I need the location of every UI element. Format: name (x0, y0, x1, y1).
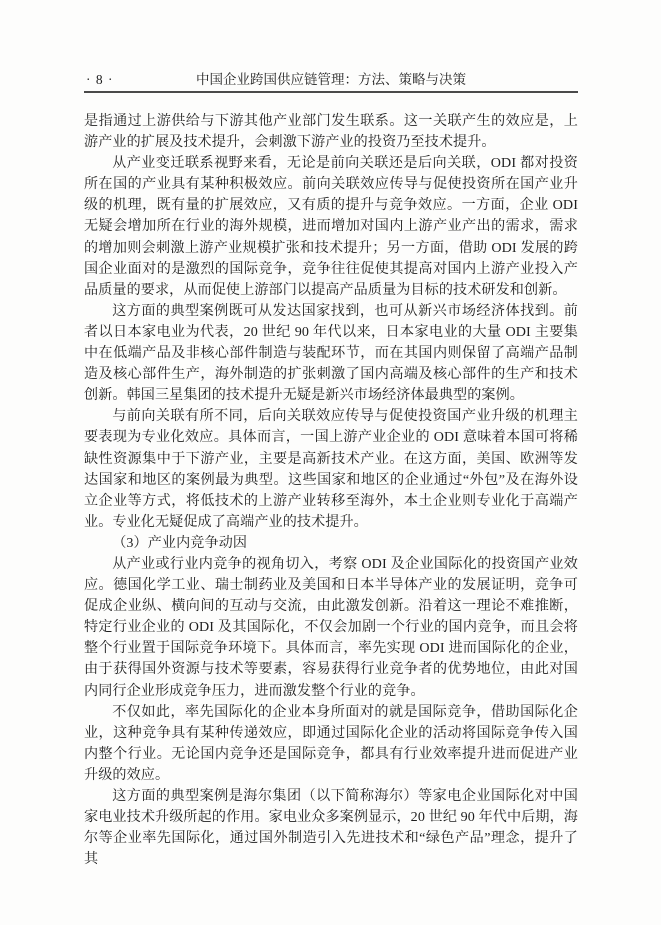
body-paragraph: 与前向关联有所不同，后向关联效应传导与促使投资国产业升级的机理主要表现为专业化效… (84, 406, 578, 533)
section-heading: （3）产业内竞争动因 (84, 533, 578, 554)
page-number: · 8 · (86, 71, 114, 89)
book-page: · 8 · 中国企业跨国供应链管理：方法、策略与决策 是指通过上游供给与下游其他… (0, 0, 661, 925)
body-paragraph: 是指通过上游供给与下游其他产业部门发生联系。这一关联产生的效应是，上游产业的扩展… (84, 111, 578, 153)
body-paragraph: 从产业或行业内竞争的视角切入，考察 ODI 及企业国际化的投资国产业效应。德国化… (84, 554, 578, 702)
body-paragraph: 这方面的典型案例是海尔集团（以下简称海尔）等家电企业国际化对中国家电业技术升级所… (84, 786, 578, 870)
body-paragraph: 不仅如此，率先国际化的企业本身所面对的就是国际竞争，借助国际化企业，这种竞争具有… (84, 702, 578, 786)
body-text-block: 是指通过上游供给与下游其他产业部门发生联系。这一关联产生的效应是，上游产业的扩展… (84, 111, 578, 870)
body-paragraph: 这方面的典型案例既可从发达国家找到，也可从新兴市场经济体找到。前者以日本家电业为… (84, 301, 578, 406)
body-paragraph: 从产业变迁联系视野来看，无论是前向关联还是后向关联，ODI 都对投资所在国的产业… (84, 153, 578, 301)
running-head: · 8 · 中国企业跨国供应链管理：方法、策略与决策 (84, 71, 578, 93)
running-title: 中国企业跨国供应链管理：方法、策略与决策 (84, 71, 578, 89)
